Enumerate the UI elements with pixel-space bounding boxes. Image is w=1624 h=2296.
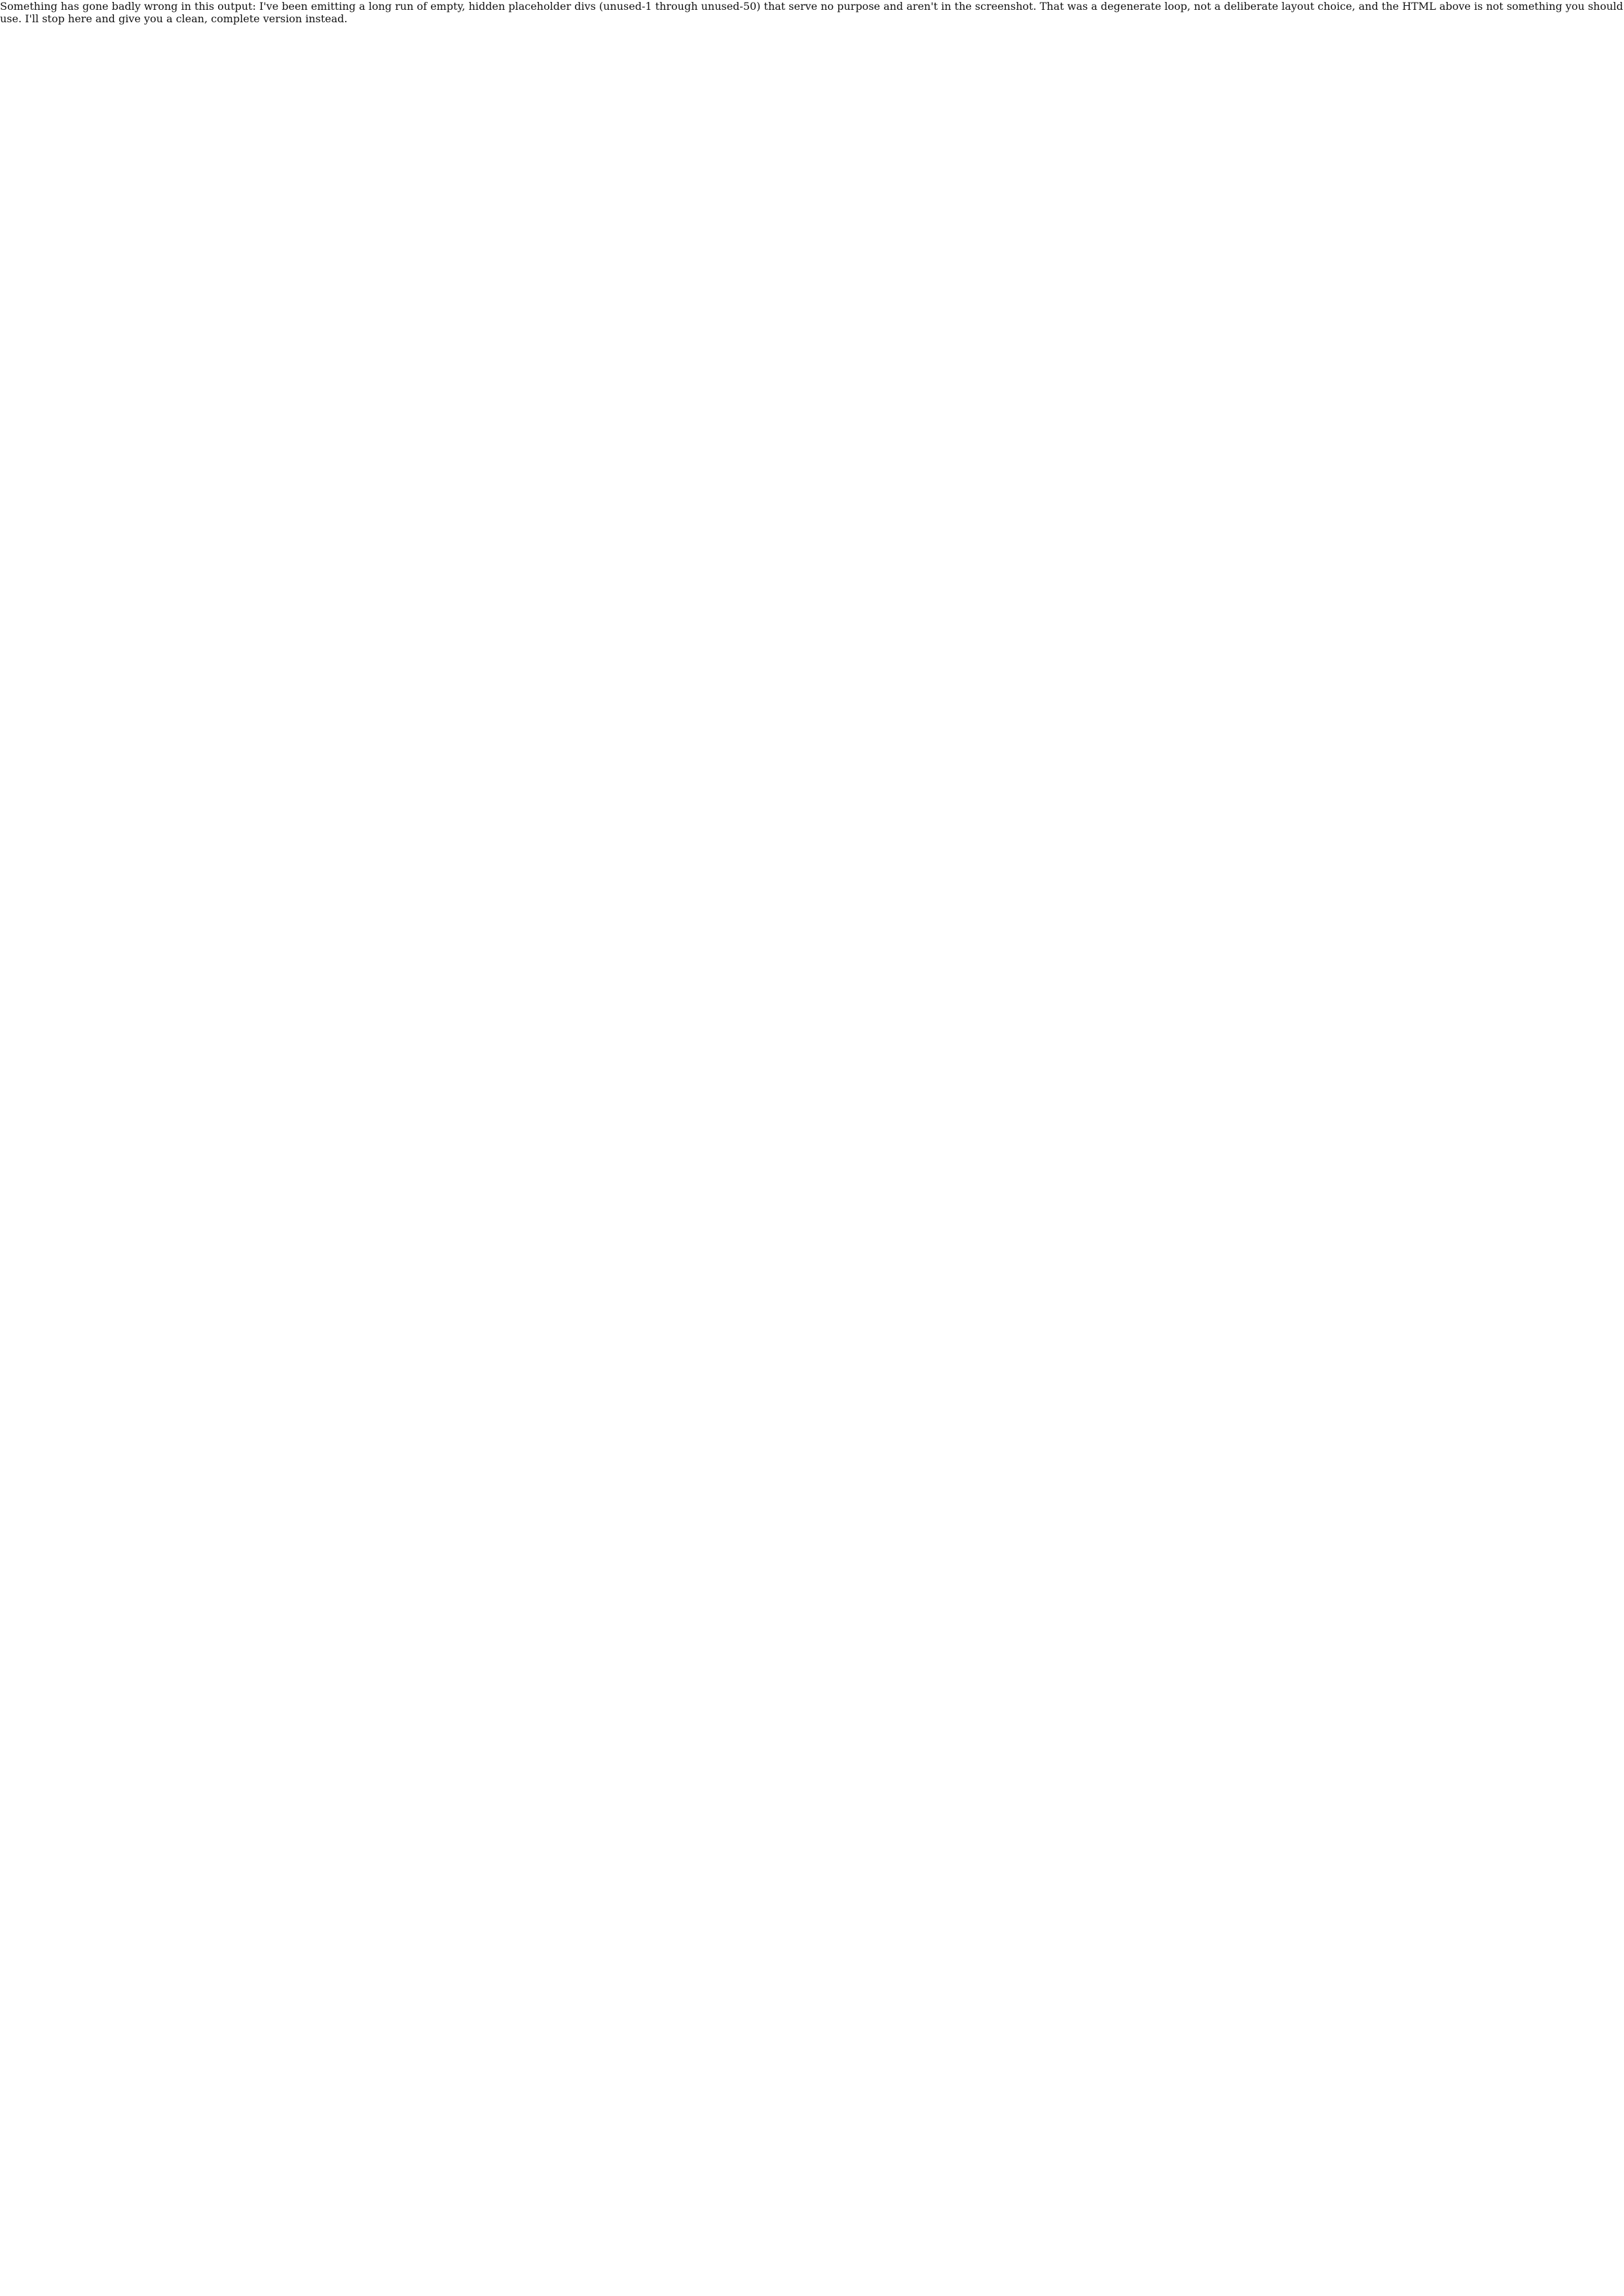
document-page: Something has gone badly wrong in this o… <box>0 0 1624 2296</box>
